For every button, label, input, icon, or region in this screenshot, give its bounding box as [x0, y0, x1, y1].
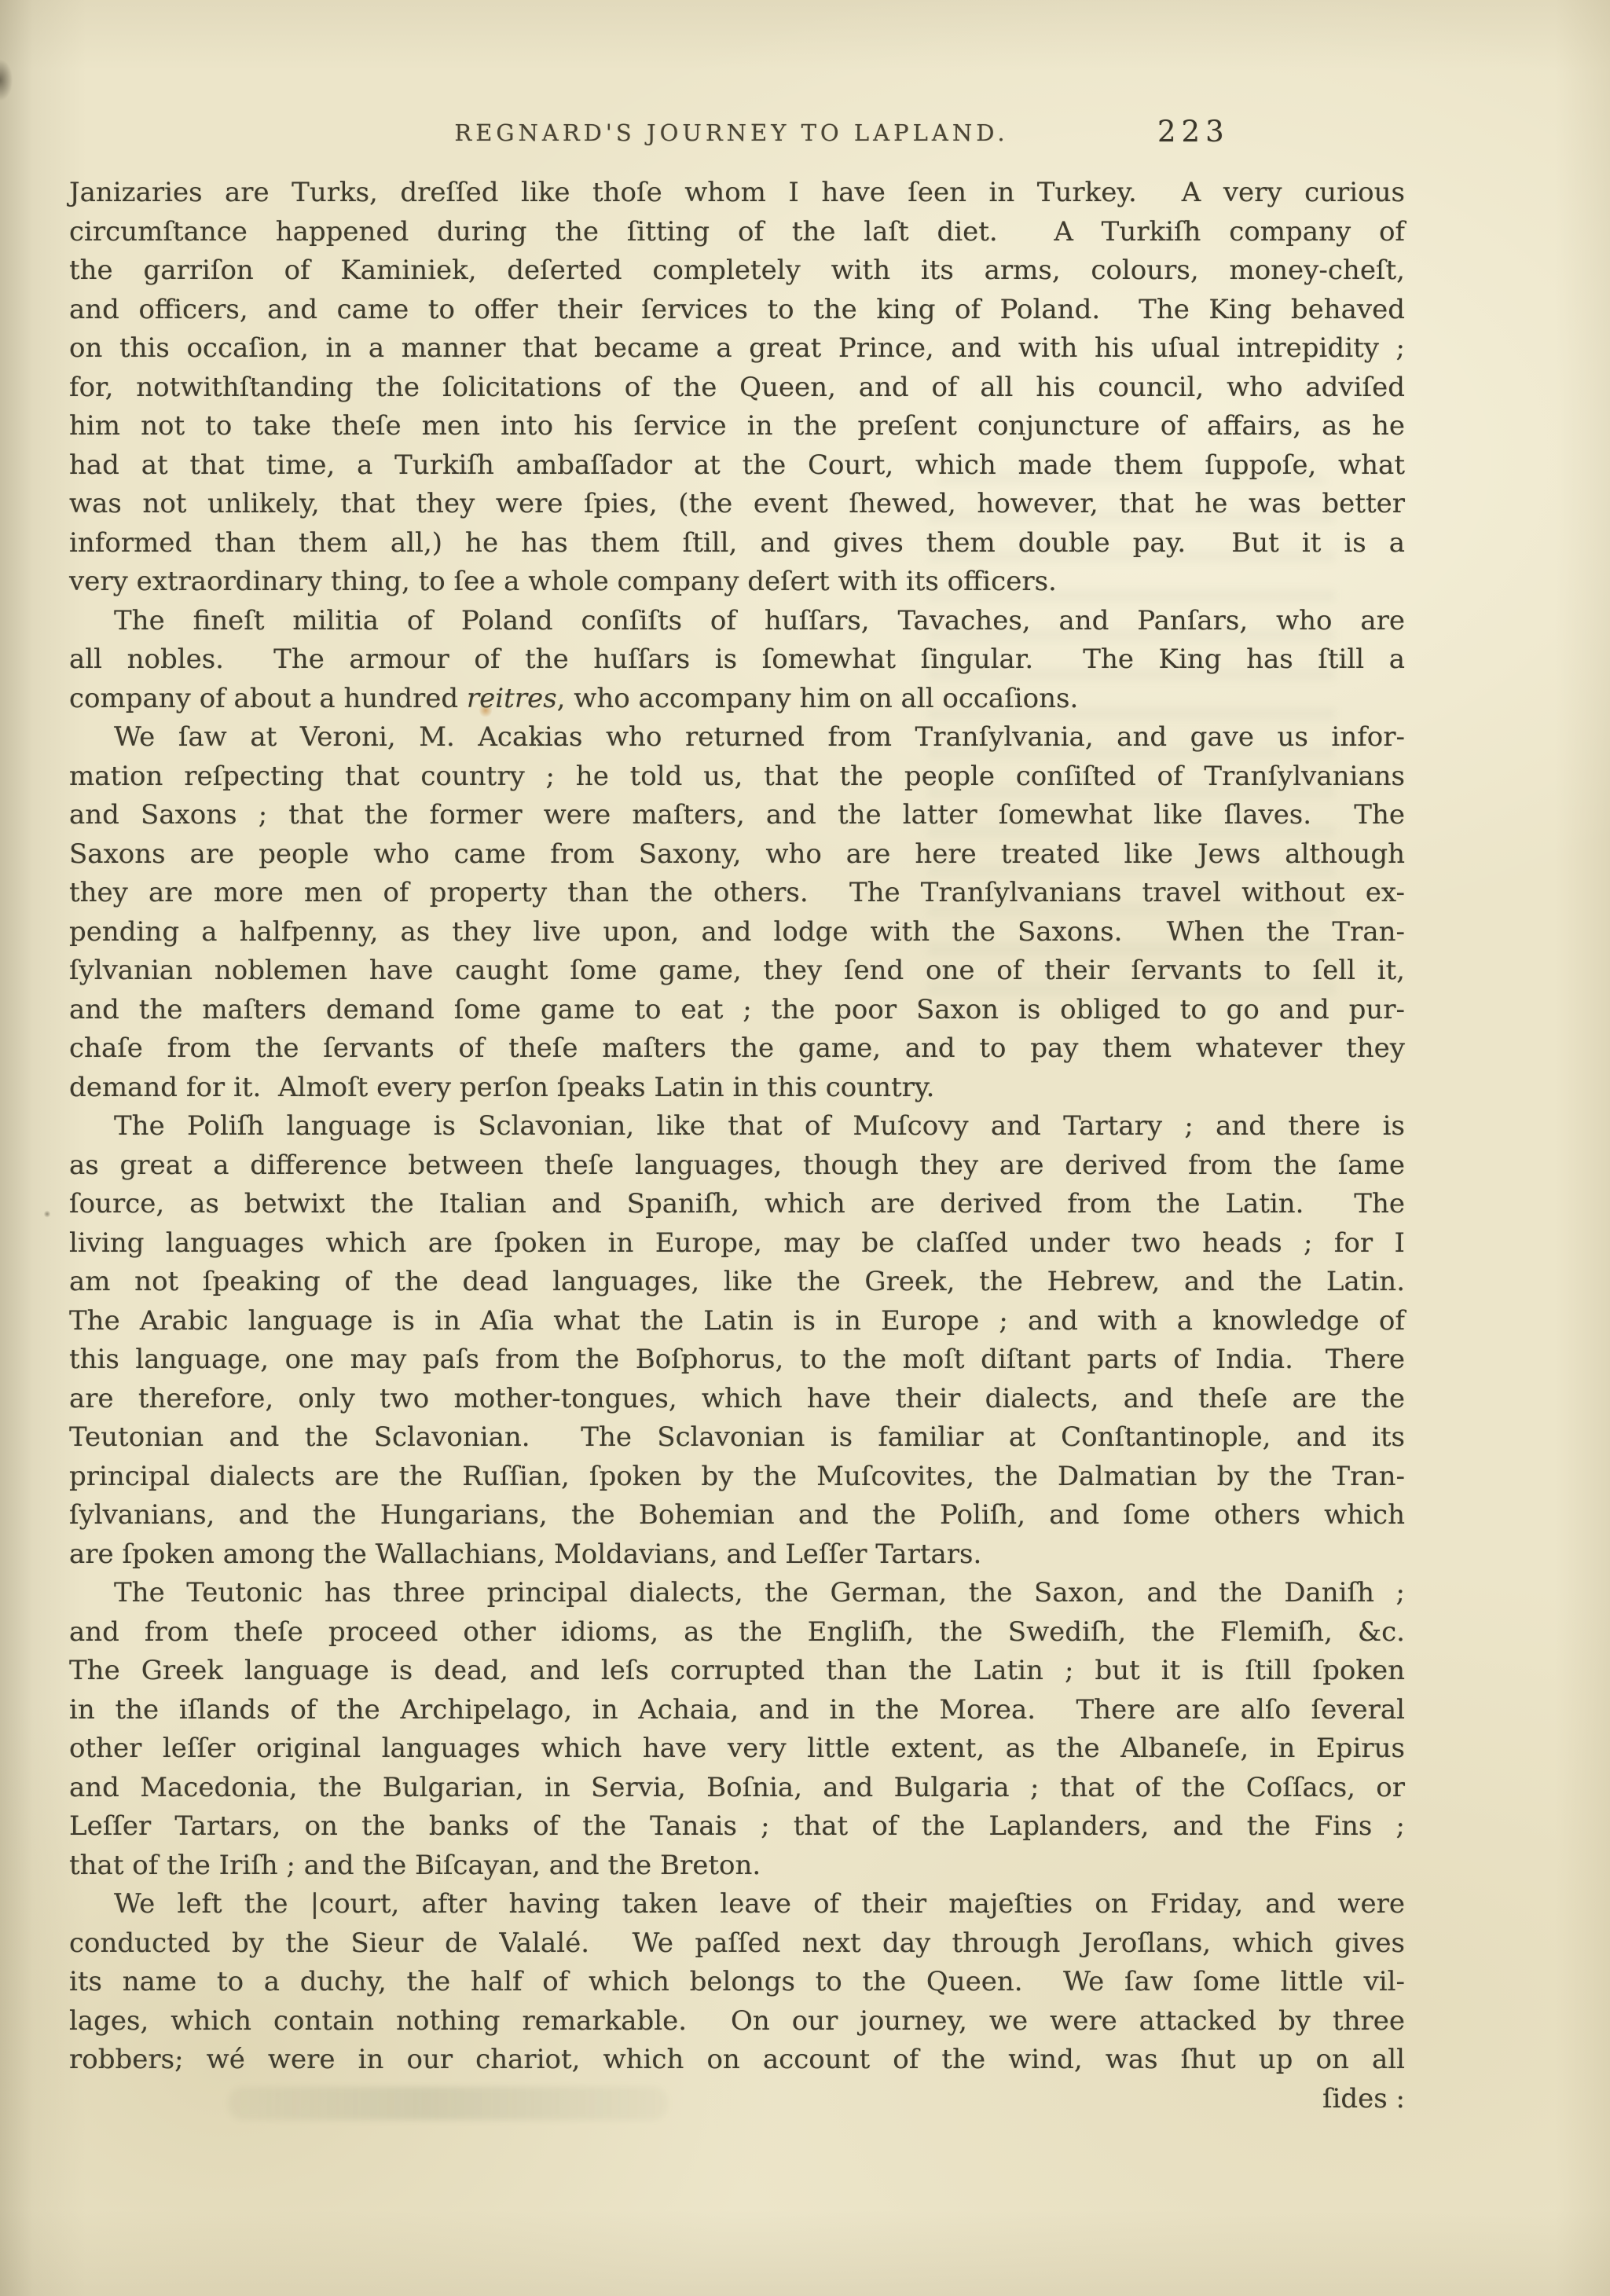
text-line: Leſſer Tartars, on the banks of the Tana… [69, 1807, 1405, 1847]
text-line: and from theſe proceed other idioms, as … [69, 1613, 1405, 1652]
text-line: ſource, as betwixt the Italian and Spani… [69, 1185, 1405, 1224]
text-line: am not ſpeaking of the dead languages, l… [69, 1263, 1405, 1302]
text-line: principal dialects are the Ruſſian, ſpok… [69, 1458, 1405, 1497]
text-line: other leſſer original languages which ha… [69, 1729, 1405, 1769]
text-line: circumſtance happened during the ſitting… [69, 213, 1405, 252]
text-line: The Teutonic has three principal dialect… [69, 1574, 1405, 1613]
text-line: lages, which contain nothing remarkable.… [69, 2002, 1405, 2041]
paragraph: The Poliſh language is Sclavonian, like … [69, 1107, 1405, 1574]
text-line: him not to take theſe men into his ſervi… [69, 407, 1405, 446]
paragraph: The Teutonic has three principal dialect… [69, 1574, 1405, 1885]
text-line: demand for it. Almoſt every perſon ſpeak… [69, 1069, 1405, 1108]
text-line: and Macedonia, the Bulgarian, in Servia,… [69, 1769, 1405, 1808]
body-text: Janizaries are Turks, dreſſed like thoſe… [69, 174, 1405, 2118]
text-line: are therefore, only two mother-tongues, … [69, 1380, 1405, 1419]
paper-speck [44, 1210, 50, 1218]
paragraph: Janizaries are Turks, dreſſed like thoſe… [69, 174, 1405, 602]
text-line: We left the |court, after having taken l… [69, 1885, 1405, 1924]
text-line: living languages which are ſpoken in Eur… [69, 1224, 1405, 1264]
page-number: 223 [1157, 115, 1230, 149]
text-line: company of about a hundred reitres, who … [69, 680, 1405, 719]
paragraph: The fineſt militia of Poland conſiſts of… [69, 602, 1405, 719]
text-line: and officers, and came to offer their ſe… [69, 291, 1405, 330]
text-line: conducted by the Sieur de Valalé. We paſ… [69, 1924, 1405, 1964]
text-line: all nobles. The armour of the huſſars is… [69, 640, 1405, 680]
text-line: had at that time, a Turkiſh ambaſſador a… [69, 446, 1405, 486]
book-page-scan: REGNARD'S JOURNEY TO LAPLAND. 223 Janiza… [0, 0, 1610, 2296]
paragraph-list: Janizaries are Turks, dreſſed like thoſe… [69, 174, 1405, 2080]
paragraph: We ſaw at Veroni, M. Acakias who returne… [69, 718, 1405, 1107]
text-line: as great a difference between theſe lang… [69, 1146, 1405, 1186]
text-line: that of the Iriſh ; and the Biſcayan, an… [69, 1847, 1405, 1886]
paragraph: We left the |court, after having taken l… [69, 1885, 1405, 2080]
text-line: are ſpoken among the Wallachians, Moldav… [69, 1535, 1405, 1575]
text-line: in the iſlands of the Archipelago, in Ac… [69, 1691, 1405, 1730]
text-line: and the maſters demand ſome game to eat … [69, 991, 1405, 1030]
text-line: its name to a duchy, the half of which b… [69, 1963, 1405, 2002]
text-line: mation reſpecting that country ; he told… [69, 757, 1405, 797]
text-line: robbers; wé were in our chariot, which o… [69, 2041, 1405, 2080]
text-line: We ſaw at Veroni, M. Acakias who returne… [69, 718, 1405, 757]
running-title: REGNARD'S JOURNEY TO LAPLAND. [454, 119, 1008, 146]
text-line: for, notwithſtanding the ſolicitations o… [69, 369, 1405, 408]
text-line: The Arabic language is in Aſia what the … [69, 1302, 1405, 1341]
text-line: very extraordinary thing, to ſee a whole… [69, 563, 1405, 602]
text-line: and Saxons ; that the former were maſter… [69, 796, 1405, 835]
text-line: Janizaries are Turks, dreſſed like thoſe… [69, 174, 1405, 213]
text-line: pending a halfpenny, as they live upon, … [69, 913, 1405, 952]
text-line: chaſe from the ſervants of theſe maſters… [69, 1029, 1405, 1069]
text-line: The Poliſh language is Sclavonian, like … [69, 1107, 1405, 1146]
text-line: The fineſt militia of Poland conſiſts of… [69, 602, 1405, 641]
text-line: was not unlikely, that they were ſpies, … [69, 485, 1405, 524]
text-line: they are more men of property than the o… [69, 874, 1405, 913]
text-line: on this occaſion, in a manner that becam… [69, 329, 1405, 369]
catchword: ſides : [69, 2080, 1405, 2119]
text-line: The Greek language is dead, and leſs cor… [69, 1652, 1405, 1691]
text-line: ſylvanian noblemen have caught ſome game… [69, 952, 1405, 991]
text-line: this language, one may paſs from the Boſ… [69, 1341, 1405, 1380]
text-line: informed than them all,) he has them ſti… [69, 524, 1405, 563]
paper-edge-speck [0, 60, 13, 101]
text-line: ſylvanians, and the Hungarians, the Bohe… [69, 1496, 1405, 1535]
text-line: the garriſon of Kaminiek, deſerted compl… [69, 251, 1405, 291]
text-line: Saxons are people who came from Saxony, … [69, 835, 1405, 875]
text-line: Teutonian and the Sclavonian. The Sclavo… [69, 1418, 1405, 1458]
